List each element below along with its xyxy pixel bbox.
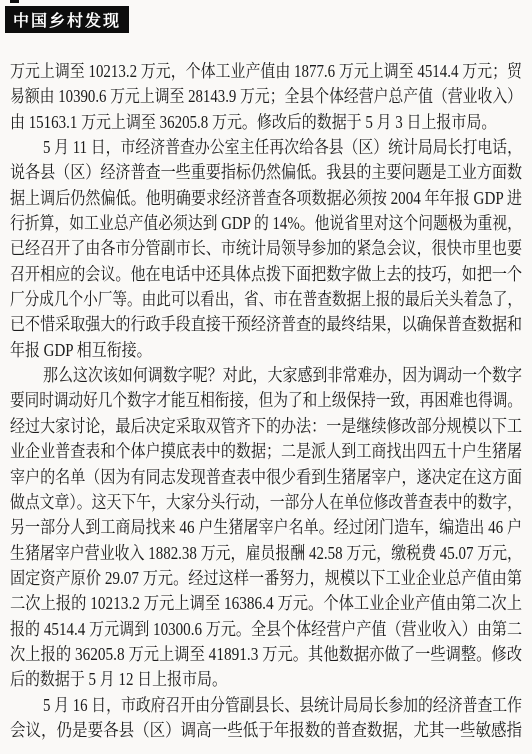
text-line: 年报 GDP 相互衔接。 bbox=[10, 338, 522, 363]
text-line: 后的数据于 5 月 12 日上报市局。 bbox=[10, 667, 522, 692]
text-line: 固定资产原价 29.07 万元。经过这样一番努力，规模以下工业企业总产值由第 bbox=[10, 566, 522, 591]
text-line: 宰户的名单（因为有同志发现普查表中很少看到生猪屠宰户，遂决定在这方面 bbox=[10, 465, 522, 490]
text-line: 业企业普查表和个体户摸底表中的数据；二是派人到工商找出四五十户生猪屠 bbox=[10, 439, 522, 464]
text-line: 经过大家讨论，最后决定采取双管齐下的办法：一是继续修改部分规模以下工 bbox=[10, 414, 522, 439]
header-title: 中国乡村发现 bbox=[13, 8, 121, 31]
text-line: 行折算，如工业总产值必须达到 GDP 的 14%。他说省里对这个问题极为重视， bbox=[10, 211, 522, 236]
text-line: 另一部分人到工商局找来 46 户生猪屠宰户名单。经过闭门造车，编造出 46 户 bbox=[10, 515, 522, 540]
text-line: 做点文章）。这天下午，大家分头行动，一部分人在单位修改普查表中的数字， bbox=[10, 490, 522, 515]
text-line: 已不惜采取强大的行政手段直接干预经济普查的最终结果，以确保普查数据和 bbox=[10, 312, 522, 337]
text-line: 已经召开了由各市分管副市长、市统计局领导参加的紧急会议，很快市里也要 bbox=[10, 236, 522, 261]
scan-artifact-mark bbox=[10, 0, 19, 3]
page-header-badge: 中国乡村发现 bbox=[5, 6, 129, 33]
text-line: 报的 4514.4 万元调到 10300.6 万元。全县个体经营户产值（营业收入… bbox=[10, 617, 522, 642]
text-line: 5 月 11 日，市经济普查办公室主任再次给各县（区）统计局局长打电话， bbox=[43, 135, 522, 160]
text-line: 万元上调至 10213.2 万元，个体工业产值由 1877.6 万元上调至 45… bbox=[10, 59, 522, 84]
text-line: 那么这次该如何调数字呢？对此，大家感到非常难办，因为调动一个数字 bbox=[43, 363, 522, 388]
text-line: 次上报的 36205.8 万元上调至 41891.3 万元。其他数据亦做了一些调… bbox=[10, 642, 522, 667]
text-line: 据上调后仍然偏低。他明确要求经济普查各项数据必须按 2004 年年报 GDP 进 bbox=[10, 186, 522, 211]
text-line: 生猪屠宰户营业收入 1882.38 万元，雇员报酬 42.58 万元，缴税费 4… bbox=[10, 541, 522, 566]
scanned-book-page: 中国乡村发现 万元上调至 10213.2 万元，个体工业产值由 1877.6 万… bbox=[0, 0, 532, 754]
text-line: 说各县（区）经济普查一些重要指标仍然偏低。我县的主要问题是工业方面数 bbox=[10, 160, 522, 185]
text-line: 会议，仍是要各县（区）调高一些低于年报数的普查数据，尤其一些敏感指 bbox=[10, 718, 522, 743]
text-line: 二次上报的 10213.2 万元上调至 16386.4 万元。个体工业企业产值由… bbox=[10, 591, 522, 616]
text-line: 厂分成几个小厂等。由此可以看出，省、市在普查数据上报的最后关头着急了， bbox=[10, 287, 522, 312]
text-line: 易额由 10390.6 万元上调至 28143.9 万元；全县个体经营户总产值（… bbox=[10, 84, 522, 109]
text-line: 5 月 16 日，市政府召开由分管副县长、县统计局局长参加的经济普查工作 bbox=[43, 693, 522, 718]
text-line: 召开相应的会议。他在电话中还具体点拨下面把数字做上去的技巧，如把一个 bbox=[10, 262, 522, 287]
page-body-text: 万元上调至 10213.2 万元，个体工业产值由 1877.6 万元上调至 45… bbox=[10, 59, 522, 743]
text-line: 由 15163.1 万元上调至 36205.8 万元。修改后的数据于 5 月 3… bbox=[10, 110, 522, 135]
text-line: 要同时调动好几个数字才能互相衔接，但为了和上级保持一致，再困难也得调。 bbox=[10, 388, 522, 413]
